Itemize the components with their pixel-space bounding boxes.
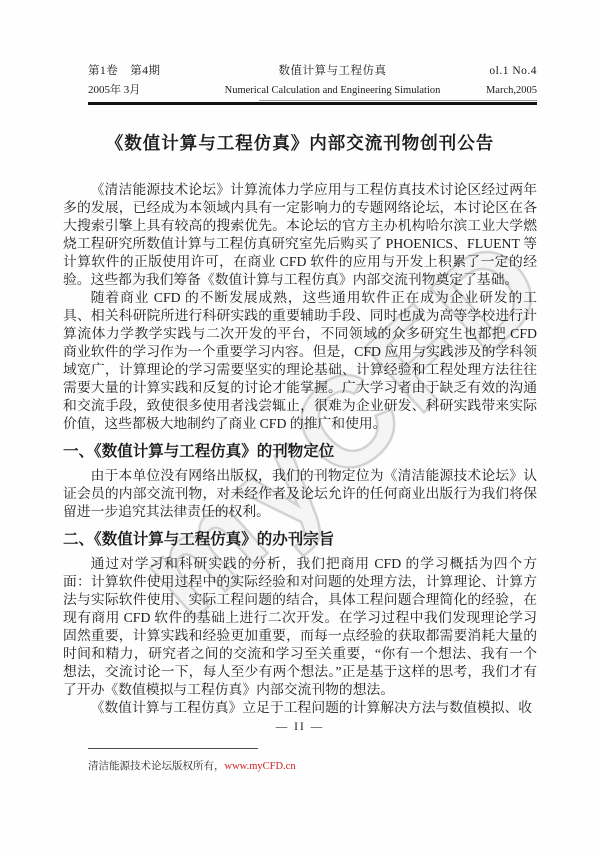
header-journal-title-en: Numerical Calculation and Engineering Si… bbox=[220, 85, 445, 96]
document-body: 《清洁能源技术论坛》计算流体力学应用与工程仿真技术讨论区经过两年多的发展，已经成… bbox=[63, 181, 537, 717]
header-volume-issue-en: ol.1 No.4 bbox=[445, 65, 537, 77]
header-journal-title-cn: 数值计算与工程仿真 bbox=[220, 62, 445, 78]
paragraph-intro-2: 随着商业 CFD 的不断发展成熟，这些通用软件正在成为企业研发的工具、相关科研院… bbox=[63, 289, 537, 433]
header-rule-thin bbox=[259, 100, 537, 101]
header-date-cn: 2005年 3月 bbox=[88, 81, 220, 97]
header-row-2: 2005年 3月 Numerical Calculation and Engin… bbox=[88, 81, 537, 97]
footer-block: 清洁能源技术论坛版权所有，www.myCFD.cn bbox=[88, 748, 537, 773]
document-page: myCFD 第1卷 第4期 数值计算与工程仿真 ol.1 No.4 2005年 … bbox=[0, 0, 600, 851]
footer-url-link[interactable]: www.myCFD.cn bbox=[225, 761, 296, 772]
paragraph-intro-1: 《清洁能源技术论坛》计算流体力学应用与工程仿真技术讨论区经过两年多的发展，已经成… bbox=[63, 181, 537, 289]
page-content: 第1卷 第4期 数值计算与工程仿真 ol.1 No.4 2005年 3月 Num… bbox=[0, 0, 600, 773]
section-heading-1: 一、《数值计算与工程仿真》的刊物定位 bbox=[63, 442, 537, 461]
journal-header: 第1卷 第4期 数值计算与工程仿真 ol.1 No.4 2005年 3月 Num… bbox=[88, 62, 537, 105]
header-date-en: March,2005 bbox=[445, 85, 537, 96]
document-title: 《数值计算与工程仿真》内部交流刊物创刊公告 bbox=[63, 130, 537, 155]
paragraph-closing: 《数值计算与工程仿真》立足于工程问题的计算解决方法与数值模拟、收 bbox=[63, 699, 537, 717]
paragraph-section1-1: 由于本单位没有网络出版权，我们的刊物定位为《清洁能源技术论坛》认证会员的内部交流… bbox=[63, 467, 537, 521]
header-rule-thick bbox=[88, 102, 537, 105]
footer-copyright-line: 清洁能源技术论坛版权所有，www.myCFD.cn bbox=[88, 758, 537, 773]
header-row-1: 第1卷 第4期 数值计算与工程仿真 ol.1 No.4 bbox=[88, 62, 537, 78]
page-number: — II — bbox=[63, 721, 537, 733]
section-heading-2: 二、《数值计算与工程仿真》的办刊宗旨 bbox=[63, 530, 537, 549]
footer-copyright-text: 清洁能源技术论坛版权所有， bbox=[88, 761, 225, 772]
paragraph-section2-1: 通过对学习和科研实践的分析，我们把商用 CFD 的学习概括为四个方面：计算软件使… bbox=[63, 555, 537, 699]
header-volume-issue-cn: 第1卷 第4期 bbox=[88, 62, 220, 78]
footnote-separator bbox=[88, 748, 258, 749]
